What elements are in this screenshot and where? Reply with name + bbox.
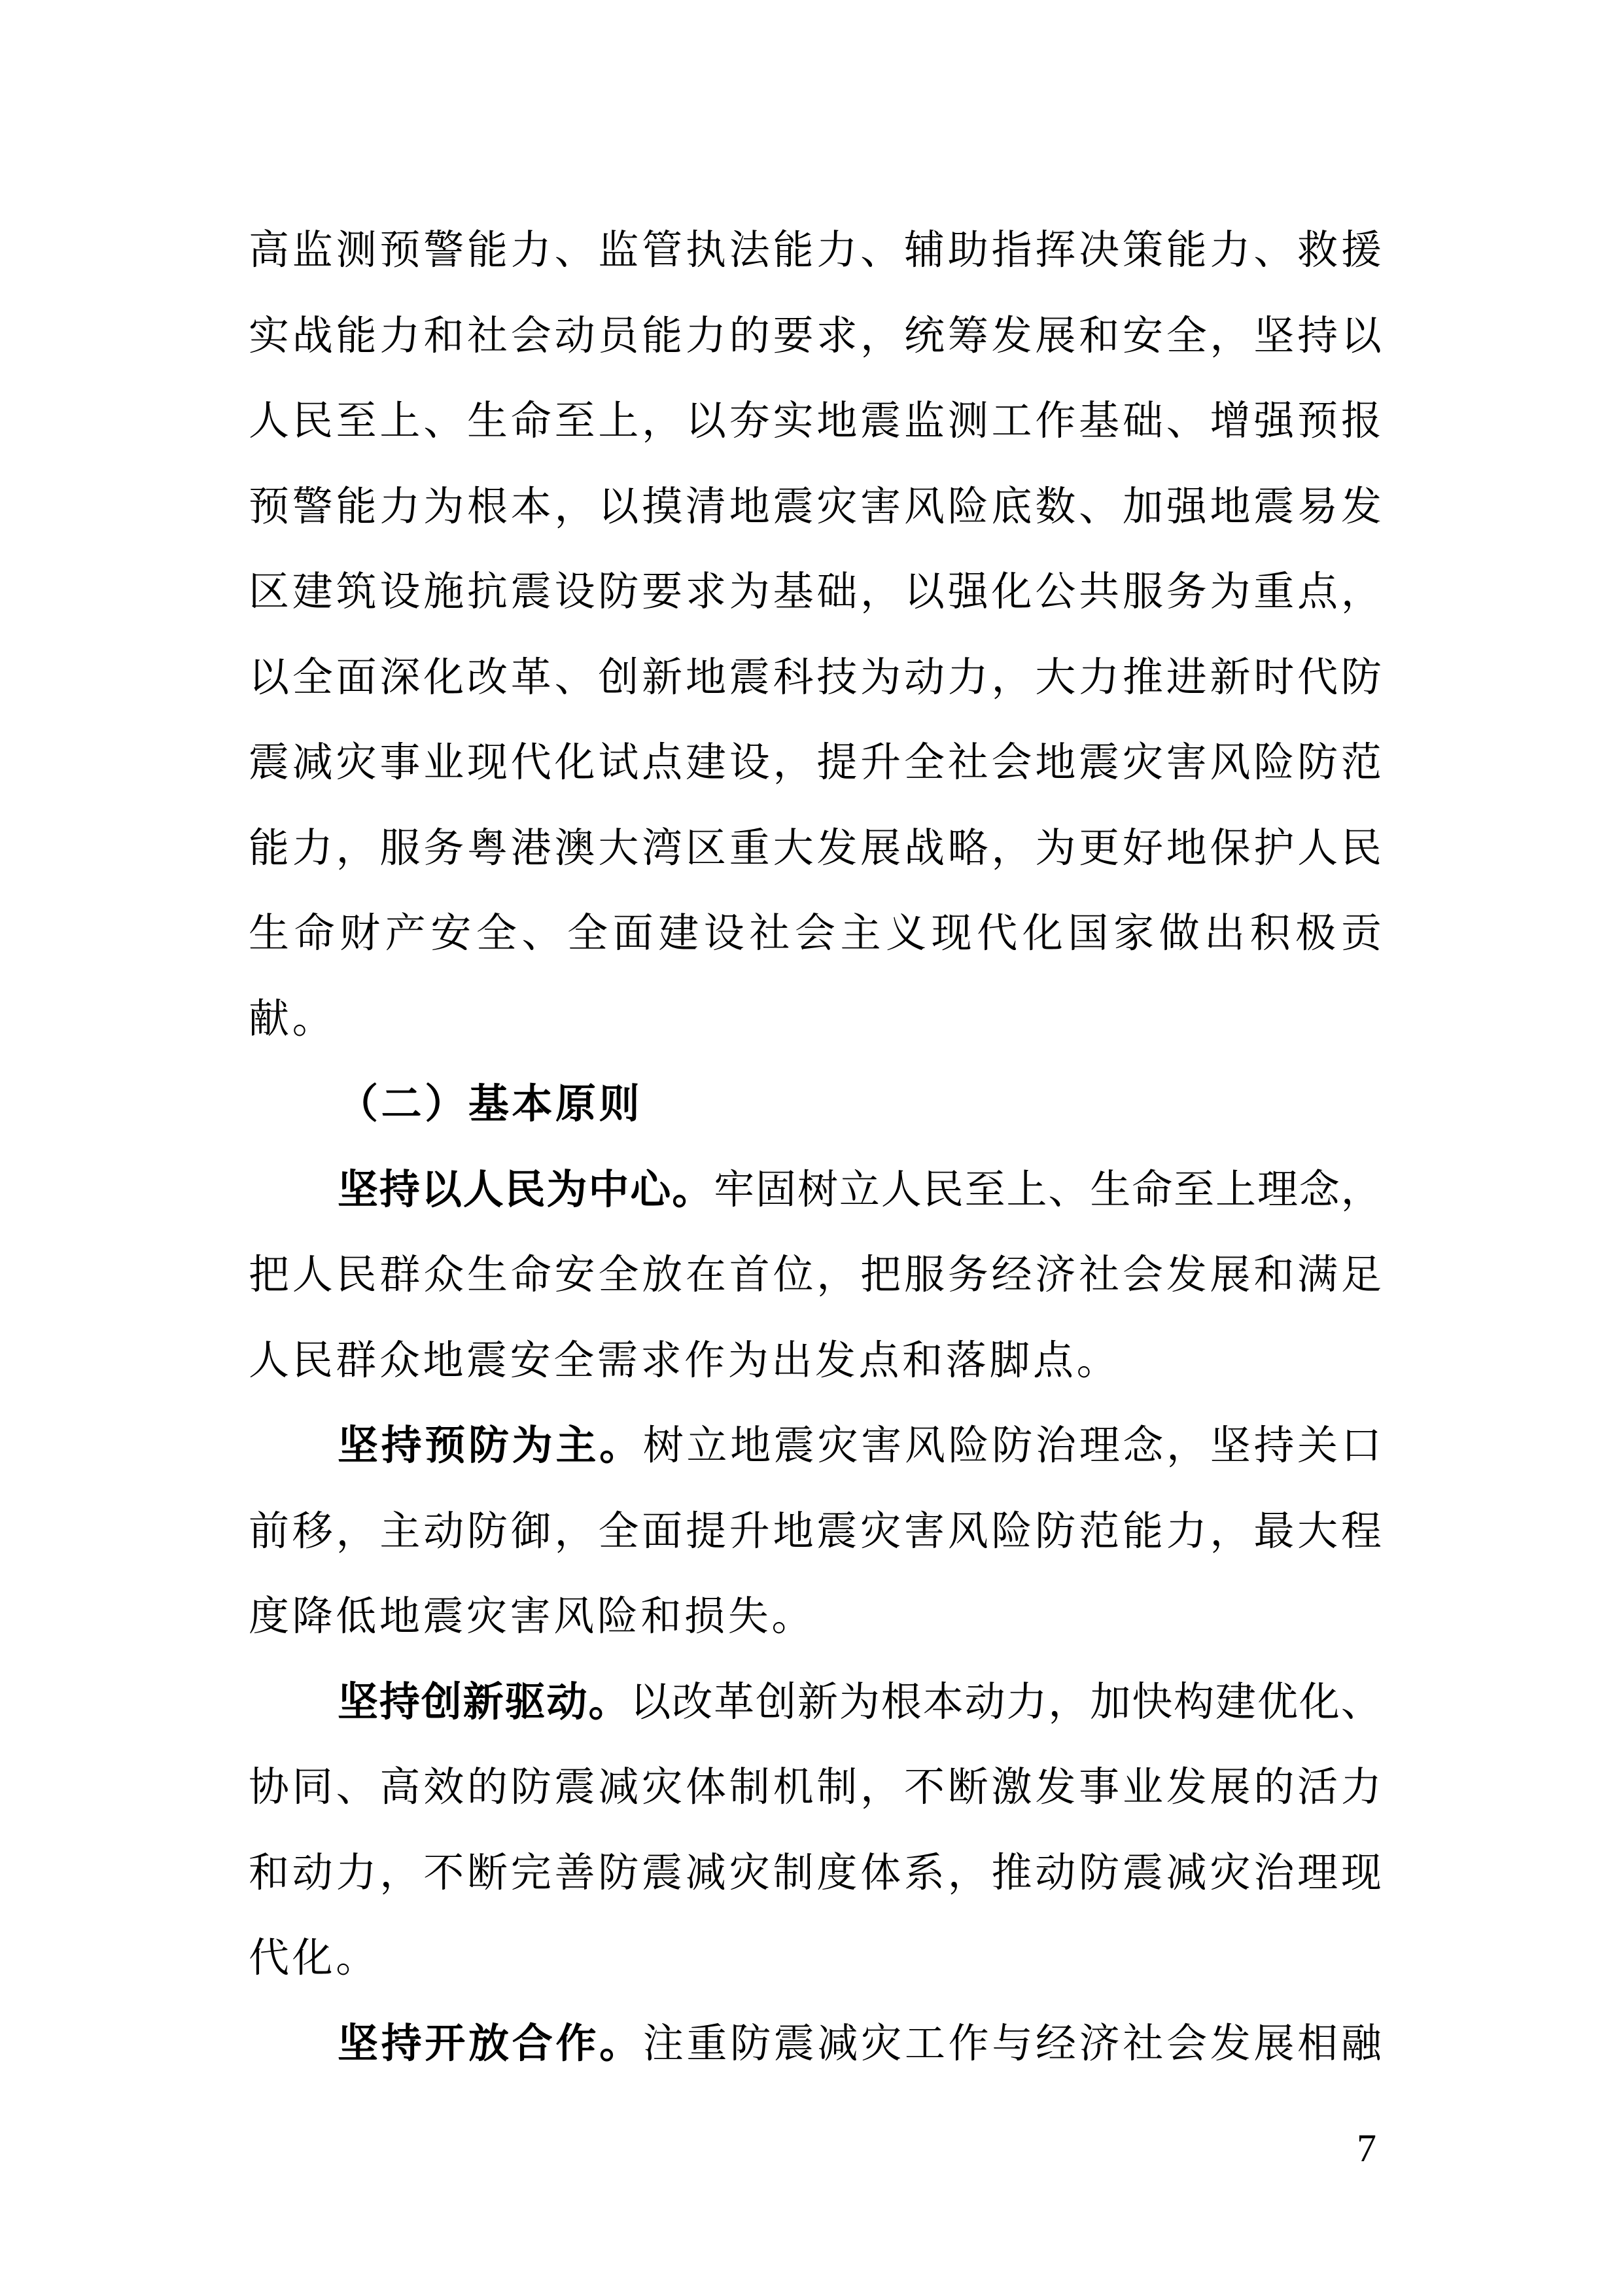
text-line: 和动力，不断完善防震减灾制度体系，推动防震减灾治理现 — [249, 1831, 1382, 1916]
text-line: 前移，主动防御，全面提升地震灾害风险防范能力，最大程 — [249, 1489, 1382, 1575]
text-line: 实战能力和社会动员能力的要求，统筹发展和安全，坚持以 — [249, 294, 1382, 380]
text-line: 坚持开放合作。注重防震减灾工作与经济社会发展相融 — [249, 2002, 1382, 2087]
text-line: 度降低地震灾害风险和损失。 — [249, 1574, 1382, 1660]
text-line: 人民群众地震安全需求作为出发点和落脚点。 — [249, 1318, 1382, 1404]
document-page: 高监测预警能力、监管执法能力、辅助指挥决策能力、救援实战能力和社会动员能力的要求… — [0, 0, 1623, 2296]
text-line: 以全面深化改革、创新地震科技为动力，大力推进新时代防 — [249, 635, 1382, 721]
text-line: 震减灾事业现代化试点建设，提升全社会地震灾害风险防范 — [249, 720, 1382, 806]
section-heading: （二）基本原则 — [249, 1062, 1382, 1148]
text-line: 坚持预防为主。树立地震灾害风险防治理念，坚持关口 — [249, 1404, 1382, 1489]
text-line: 坚持创新驱动。以改革创新为根本动力，加快构建优化、 — [249, 1660, 1382, 1746]
text-line: 坚持以人民为中心。牢固树立人民至上、生命至上理念， — [249, 1148, 1382, 1233]
text-line: 人民至上、生命至上，以夯实地震监测工作基础、增强预报 — [249, 379, 1382, 465]
text-line: 能力，服务粤港澳大湾区重大发展战略，为更好地保护人民 — [249, 806, 1382, 892]
text-line: 高监测预警能力、监管执法能力、辅助指挥决策能力、救援 — [249, 208, 1382, 294]
text-line: 区建筑设施抗震设防要求为基础，以强化公共服务为重点， — [249, 550, 1382, 635]
text-line: 预警能力为根本，以摸清地震灾害风险底数、加强地震易发 — [249, 465, 1382, 550]
text-line: 把人民群众生命安全放在首位，把服务经济社会发展和满足 — [249, 1233, 1382, 1318]
text-line: 生命财产安全、全面建设社会主义现代化国家做出积极贡 — [249, 891, 1382, 977]
text-line: 代化。 — [249, 1916, 1382, 2002]
page-number: 7 — [1346, 2128, 1387, 2168]
text-block: 高监测预警能力、监管执法能力、辅助指挥决策能力、救援实战能力和社会动员能力的要求… — [249, 208, 1382, 2087]
text-line: 献。 — [249, 977, 1382, 1063]
text-line: 协同、高效的防震减灾体制机制，不断激发事业发展的活力 — [249, 1745, 1382, 1831]
